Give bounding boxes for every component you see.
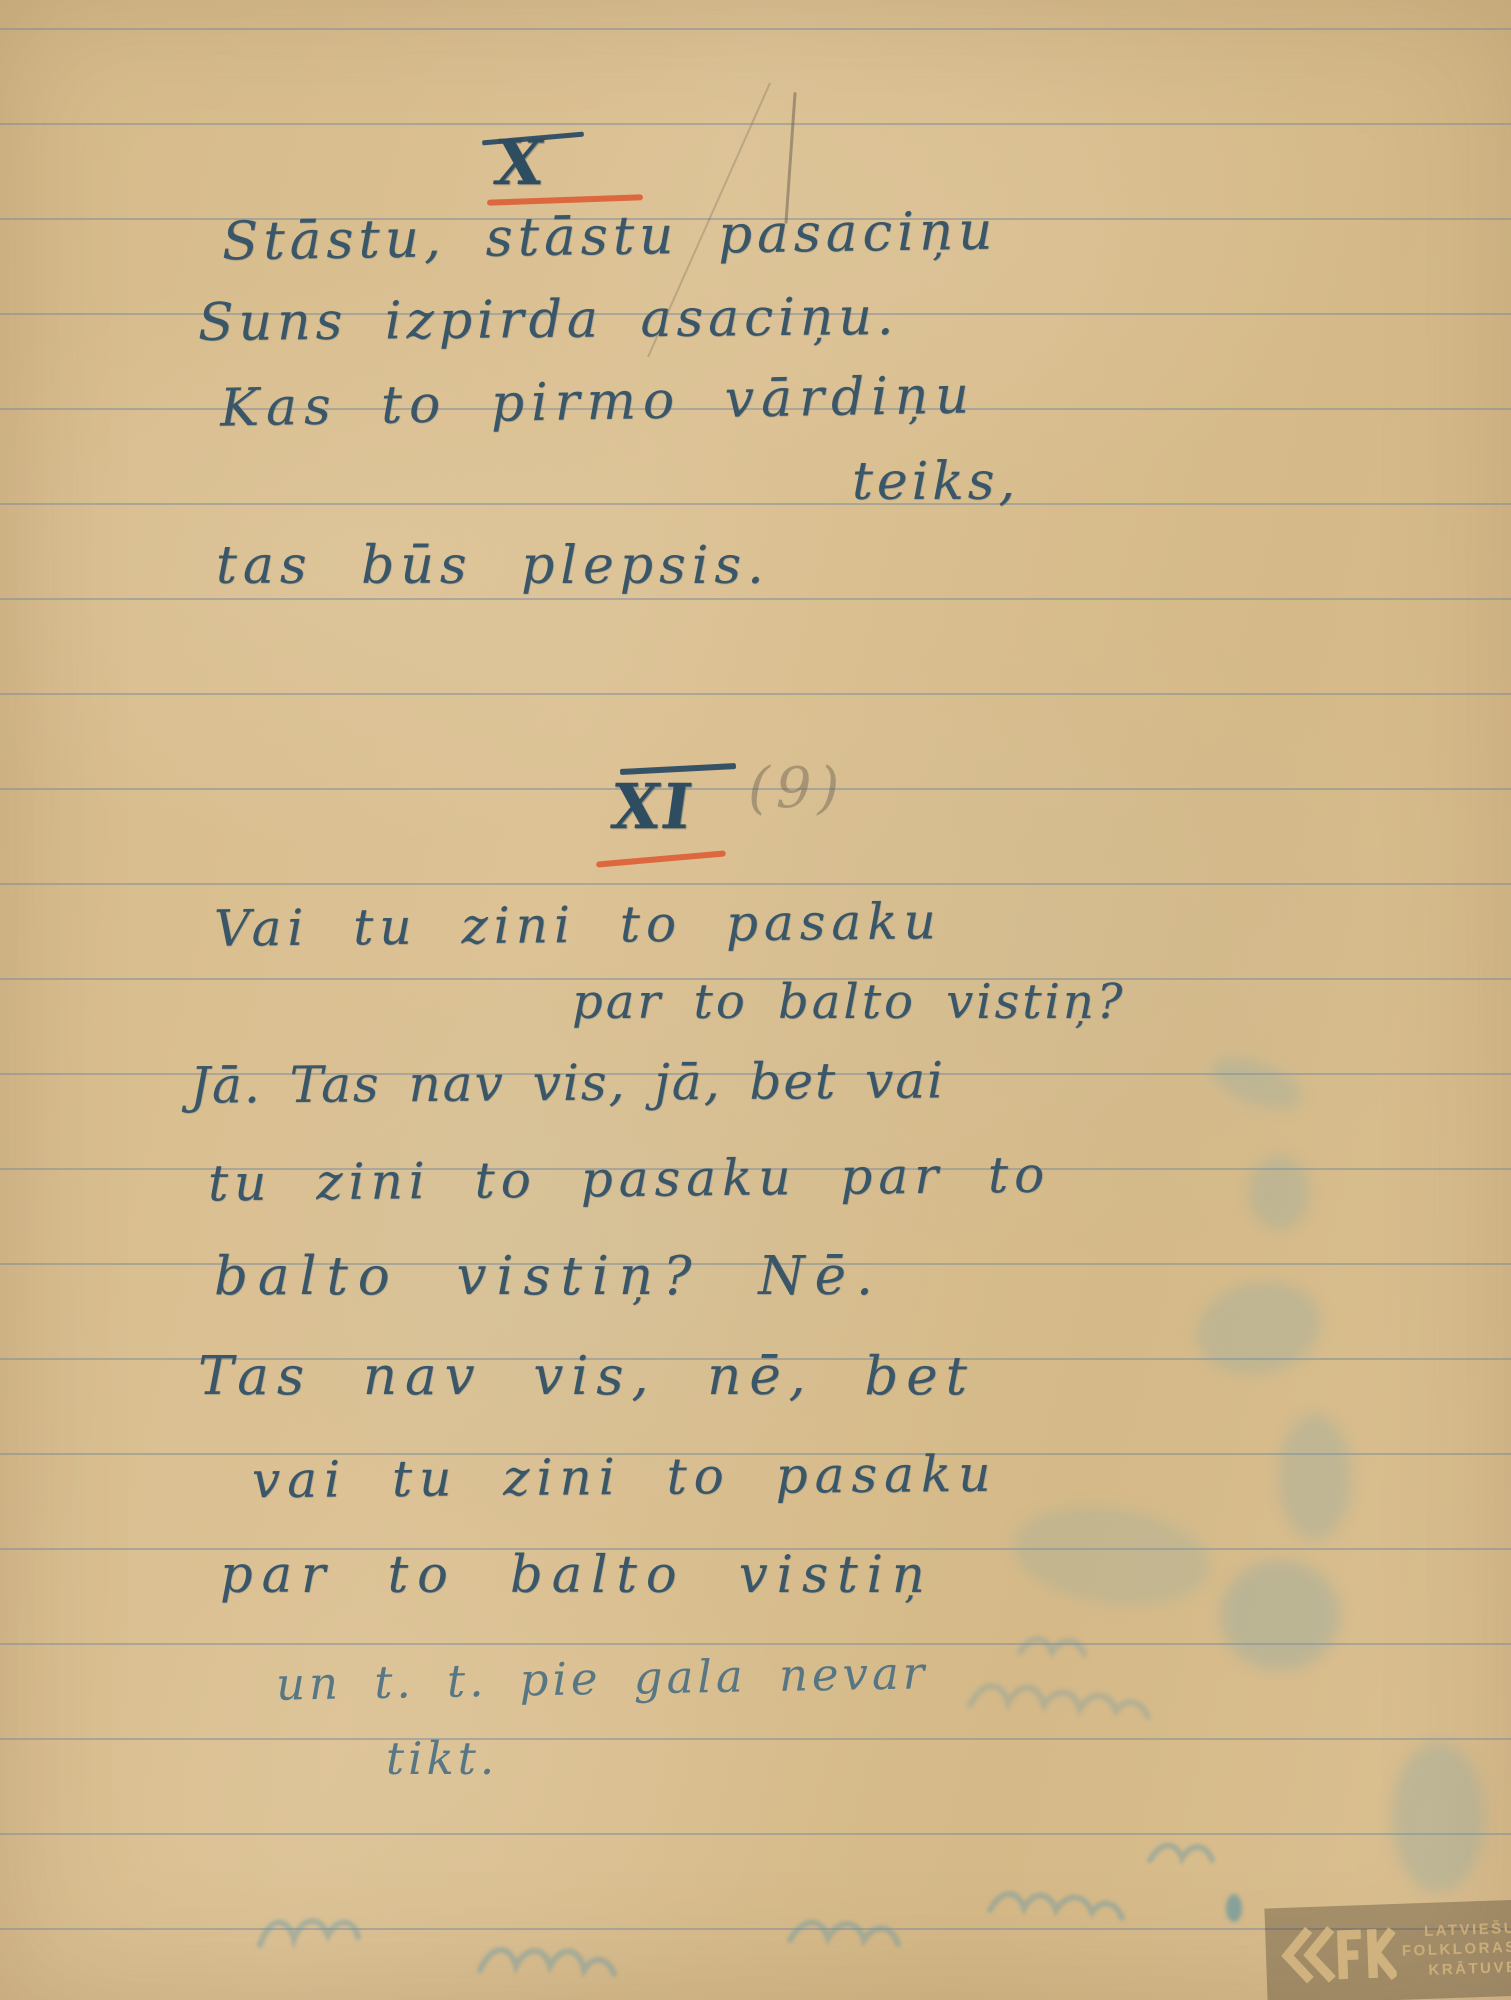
lfk-logo-icon	[1277, 1914, 1398, 1994]
manuscript-line: par to balto vistiņ?	[572, 974, 1126, 1030]
ink-smudge	[1248, 1156, 1310, 1230]
manuscript-line: Jā. Tas nav vis, jā, bet vai	[190, 1051, 945, 1114]
manuscript-line: teiks,	[852, 452, 1019, 512]
manuscript-page: { "page": { "kind": "handwritten noteboo…	[0, 0, 1511, 2000]
ink-smudge	[1278, 1414, 1352, 1540]
watermark-line: KRĀTUVE	[1428, 1957, 1511, 1980]
manuscript-line: un t. t. pie gala nevar	[276, 1646, 929, 1710]
manuscript-line: Tas nav vis, nē, bet	[198, 1346, 975, 1407]
manuscript-line: tas būs plepsis.	[216, 536, 770, 596]
section-heading-xi: XI	[607, 770, 698, 843]
ink-smudge	[1006, 1495, 1217, 1618]
manuscript-line: Vai tu zini to pasaku	[214, 892, 942, 958]
manuscript-line: Stāstu, stāstu pasaciņu	[222, 201, 998, 273]
manuscript-line: tu zini to pasaku par to	[208, 1146, 1051, 1213]
ink-smudge	[1392, 1742, 1484, 1892]
archive-watermark-text: LATVIEŠU FOLKLORAS KRĀTUVE	[1401, 1919, 1511, 1982]
heading-underline-red	[596, 850, 726, 867]
manuscript-line: Suns izpirda asaciņu.	[198, 287, 899, 353]
manuscript-line: vai tu zini to pasaku	[252, 1445, 998, 1510]
section-heading-x: X	[490, 126, 548, 199]
ink-smudge	[1220, 1560, 1340, 1670]
manuscript-line: Kas to pirmo vārdiņu	[220, 365, 977, 438]
manuscript-line: tikt.	[386, 1732, 498, 1785]
ink-smudge	[1226, 1894, 1242, 1922]
manuscript-line: balto vistiņ? Nē.	[214, 1246, 883, 1307]
ink-smudge	[1188, 1270, 1330, 1386]
manuscript-line: par to balto vistiņ	[220, 1546, 934, 1605]
ink-smudge	[1204, 1047, 1309, 1119]
faded-blue-scribble	[230, 1820, 1310, 2000]
archive-watermark: LATVIEŠU FOLKLORAS KRĀTUVE	[1264, 1899, 1511, 2000]
pencil-annotation: (9)	[748, 756, 845, 821]
